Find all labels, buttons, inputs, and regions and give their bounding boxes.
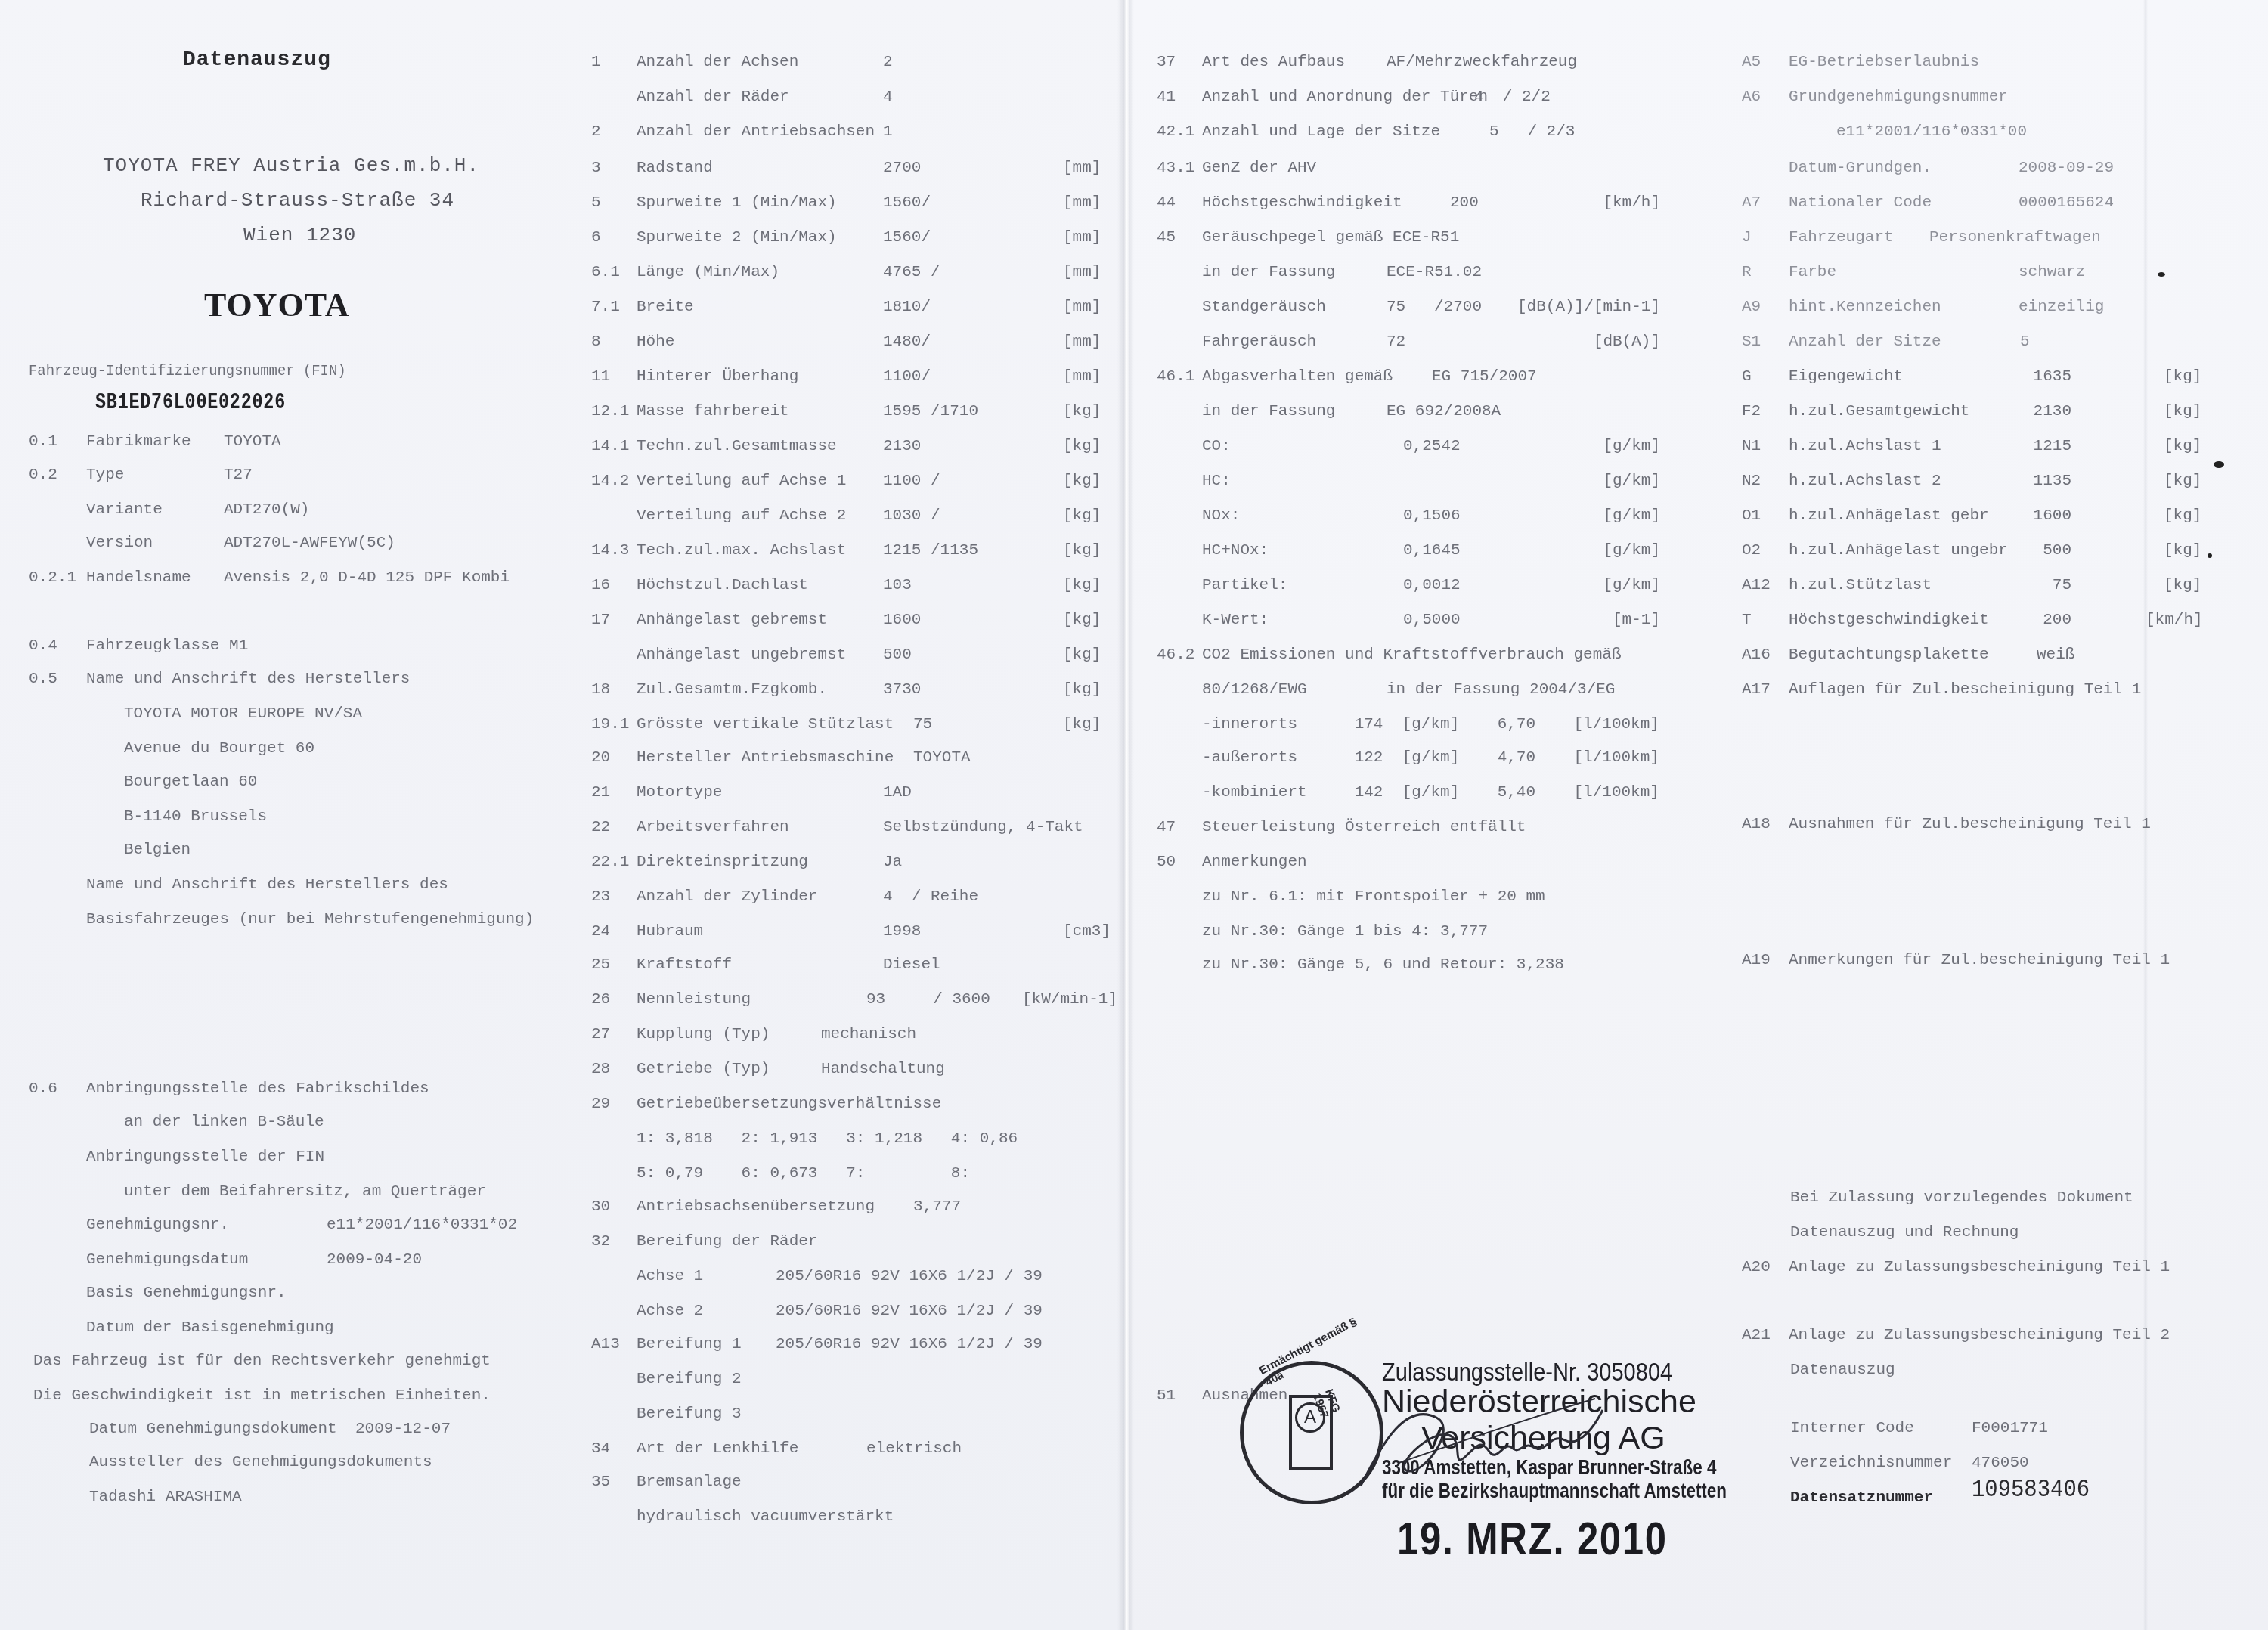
field-label: zu Nr. 6.1: mit Frontspoiler + 20 mm: [1202, 888, 1545, 907]
field-label: Kraftstoff: [637, 956, 732, 975]
field-label: Genehmigungsdatum: [86, 1250, 248, 1270]
field-unit: [g/km]: [1603, 507, 1660, 526]
field-label: Länge (Min/Max): [637, 263, 779, 283]
field-value: TOYOTA: [913, 748, 971, 768]
field-label: Getriebe (Typ): [637, 1060, 770, 1080]
field-value: Ja: [883, 853, 902, 872]
field-label: Fabrikmarke: [86, 432, 191, 452]
field-label: B-1140 Brussels: [124, 807, 267, 827]
date-stamp: 19. MRZ. 2010: [1397, 1512, 1668, 1566]
field-value: 2130: [883, 437, 921, 457]
field-value: Avensis 2,0 D-4D 125 DPF Kombi: [224, 569, 510, 588]
item-number: 43.1: [1157, 159, 1194, 178]
item-number: 16: [591, 576, 610, 596]
item-number: 0.5: [29, 670, 57, 689]
field-label: Tech.zul.max. Achslast: [637, 541, 846, 561]
field-label: Breite: [637, 298, 694, 318]
item-number: R: [1742, 263, 1752, 283]
item-number: 23: [591, 888, 610, 907]
austria-a-icon: A: [1295, 1402, 1325, 1433]
field-value: Handschaltung: [821, 1060, 945, 1080]
field-label: Datum Genehmigungsdokument: [89, 1420, 337, 1439]
field-value: 0000165624: [2019, 194, 2114, 213]
field-label: Motortype: [637, 783, 722, 803]
field-label: K-Wert:: [1202, 611, 1269, 631]
field-label: Bereifung der Räder: [637, 1232, 817, 1252]
field-label: Direkteinspritzung: [637, 853, 808, 872]
field-label: TOYOTA MOTOR EUROPE NV/SA: [124, 705, 362, 724]
field-value: in der Fassung 2004/3/EG: [1387, 680, 1615, 700]
field-label: Achse 2: [637, 1302, 703, 1322]
field-value: 2009-04-20: [327, 1250, 422, 1270]
field-label: h.zul.Achslast 1: [1789, 437, 1941, 457]
field-label: Datum-Grundgen.: [1789, 159, 1932, 178]
field-label: Höhe: [637, 333, 674, 352]
item-number: 47: [1157, 818, 1176, 838]
field-unit: [cm3]: [1063, 922, 1111, 942]
field-label: GenZ der AHV: [1202, 159, 1316, 178]
field-unit: [kg]: [1063, 715, 1101, 735]
item-number: 22: [591, 818, 610, 838]
field-value: 1560/: [883, 194, 931, 213]
item-number: 22.1: [591, 853, 629, 872]
item-number: 46.1: [1157, 367, 1194, 387]
field-value: 5 / 2/3: [1489, 122, 1575, 142]
field-value: schwarz: [2019, 263, 2085, 283]
field-value: e11*2001/116*0331*02: [327, 1216, 517, 1235]
item-number: A19: [1742, 951, 1771, 971]
field-label: 80/1268/EWG: [1202, 680, 1307, 700]
item-number: 21: [591, 783, 610, 803]
field-unit: [mm]: [1063, 159, 1101, 178]
field-value: 0,1506: [1403, 507, 1461, 526]
item-number: S1: [1742, 333, 1761, 352]
field-label: Nationaler Code: [1789, 194, 1932, 213]
item-number: O2: [1742, 541, 1761, 561]
item-number: 50: [1157, 853, 1176, 872]
field-label: EG-Betriebserlaubnis: [1789, 53, 1979, 73]
item-number: T: [1742, 611, 1752, 631]
field-label: Partikel:: [1202, 576, 1287, 596]
field-value: 200: [1450, 194, 1479, 213]
field-value: 0,5000: [1403, 611, 1461, 631]
item-number: 51: [1157, 1387, 1176, 1406]
field-value: 4 / 2/2: [1474, 88, 1551, 107]
field-label: Spurweite 1 (Min/Max): [637, 194, 837, 213]
brand-logo-text: TOYOTA: [204, 286, 350, 324]
field-value: weiß: [2037, 646, 2074, 665]
field-label: h.zul.Anhägelast ungebr: [1789, 541, 2008, 561]
field-label: Anbringungsstelle des Fabrikschildes: [86, 1080, 429, 1099]
field-value: EG 715/2007: [1432, 367, 1537, 387]
field-label: Anlage zu Zulassungsbescheinigung Teil 1: [1789, 1258, 2170, 1278]
item-number: A12: [1742, 576, 1771, 596]
field-label: Bourgetlaan 60: [124, 773, 257, 792]
field-label: Höchstgeschwindigkeit: [1202, 194, 1402, 213]
item-number: 5: [591, 194, 601, 213]
ink-smudge: [2208, 553, 2212, 558]
field-value: 75: [2053, 576, 2071, 596]
field-label: CO:: [1202, 437, 1231, 457]
field-unit: [kg]: [1063, 646, 1101, 665]
field-label: Steuerleistung Österreich entfällt: [1202, 818, 1526, 838]
field-value: 72: [1387, 333, 1405, 352]
field-label: Anmerkungen für Zul.bescheinigung Teil 1: [1789, 951, 2170, 971]
field-label: Version: [86, 534, 153, 553]
field-label: Masse fahrbereit: [637, 402, 789, 422]
item-number: A9: [1742, 298, 1761, 318]
field-unit: [g/km]: [1603, 576, 1660, 596]
registration-office-number: Zulassungsstelle-Nr. 3050804: [1382, 1358, 1672, 1387]
field-value: 3730: [883, 680, 921, 700]
field-unit: [dB(A)]/[min-1]: [1517, 298, 1660, 318]
field-label: Anzahl und Lage der Sitze: [1202, 122, 1440, 142]
directory-number-value: 476050: [1972, 1455, 2029, 1472]
field-unit: [mm]: [1063, 228, 1101, 248]
record-number-label: Datensatznummer: [1790, 1489, 1933, 1507]
field-unit: [mm]: [1063, 367, 1101, 387]
field-label: HC+NOx:: [1202, 541, 1269, 561]
item-number: 37: [1157, 53, 1176, 73]
item-number: A21: [1742, 1326, 1771, 1346]
field-label: Anbringungsstelle der FIN: [86, 1148, 324, 1167]
item-number: A17: [1742, 680, 1771, 700]
field-value: 1600: [883, 611, 921, 631]
field-label: Anlage zu Zulassungsbescheinigung Teil 2: [1789, 1326, 2170, 1346]
ink-smudge: [2214, 461, 2224, 468]
field-unit: [km/h]: [2146, 611, 2203, 631]
item-number: F2: [1742, 402, 1761, 422]
item-number: 45: [1157, 228, 1176, 248]
field-label: Grundgenehmigungsnummer: [1789, 88, 2008, 107]
field-value: 0,1645: [1403, 541, 1461, 561]
item-number: 6.1: [591, 263, 620, 283]
field-label: Das Fahrzeug ist für den Rechtsverkehr g…: [33, 1352, 491, 1371]
field-value: ECE-R51.02: [1387, 263, 1482, 283]
item-number: 8: [591, 333, 601, 352]
field-value: 2700: [883, 159, 921, 178]
field-label: Spurweite 2 (Min/Max): [637, 228, 837, 248]
field-unit: [kg]: [2164, 472, 2201, 491]
field-unit: [kg]: [1063, 437, 1101, 457]
item-number: 1: [591, 53, 601, 73]
field-label: Bereifung 3: [637, 1405, 742, 1424]
field-label: Höchstzul.Dachlast: [637, 576, 808, 596]
field-label: Bereifung 1: [637, 1335, 742, 1355]
field-unit: [kg]: [1063, 402, 1101, 422]
field-label: Basis Genehmigungsnr.: [86, 1284, 287, 1303]
field-label: Genehmigungsnr.: [86, 1216, 229, 1235]
field-label: Anzahl der Sitze: [1789, 333, 1941, 352]
fin-value: SB1ED76L00E022026: [95, 390, 286, 416]
field-label: Verteilung auf Achse 1: [637, 472, 846, 491]
field-label: Anzahl der Räder: [637, 88, 789, 107]
field-label: Radstand: [637, 159, 713, 178]
field-label: Anmerkungen: [1202, 853, 1307, 872]
ink-smudge: [2158, 272, 2165, 277]
internal-code-value: F0001771: [1972, 1420, 2048, 1437]
field-label: zu Nr.30: Gänge 5, 6 und Retour: 3,238: [1202, 956, 1564, 975]
field-label: 1: 3,818 2: 1,913 3: 1,218 4: 0,86: [637, 1130, 1018, 1149]
field-unit: [mm]: [1063, 263, 1101, 283]
field-label: HC:: [1202, 472, 1231, 491]
field-value: 1100 /: [883, 472, 940, 491]
field-unit: [g/km]: [1603, 472, 1660, 491]
item-number: 0.2: [29, 466, 57, 485]
item-number: 0.4: [29, 637, 57, 656]
field-label: Bereifung 2: [637, 1370, 742, 1390]
field-value: 1600: [2034, 507, 2071, 526]
field-label: -innerorts 174 [g/km] 6,70 [l/100km]: [1202, 715, 1659, 735]
field-label: Zul.Gesamtm.Fzgkomb.: [637, 680, 827, 700]
field-label: Auflagen für Zul.bescheinigung Teil 1: [1789, 680, 2141, 700]
field-label: Art der Lenkhilfe: [637, 1439, 798, 1459]
field-label: Name und Anschrift des Herstellers des: [86, 875, 448, 895]
item-number: 24: [591, 922, 610, 942]
item-number: 11: [591, 367, 610, 387]
item-number: A5: [1742, 53, 1761, 73]
field-label: Datenauszug: [1790, 1361, 1895, 1381]
field-value: 103: [883, 576, 912, 596]
field-value: 4 / Reihe: [883, 888, 978, 907]
field-label: Aussteller des Genehmigungsdokuments: [89, 1453, 432, 1473]
field-value: 500: [883, 646, 912, 665]
field-value: 1215 /1135: [883, 541, 978, 561]
field-label: Hubraum: [637, 922, 703, 942]
field-value: 2: [883, 53, 893, 73]
field-value: 1635: [2034, 367, 2071, 387]
seal-plate-icon: A: [1289, 1395, 1333, 1470]
item-number: 19.1: [591, 715, 629, 735]
field-unit: [m-1]: [1613, 611, 1660, 631]
field-label: Datum der Basisgenehmigung: [86, 1319, 334, 1338]
field-label: Grösste vertikale Stützlast: [637, 715, 894, 735]
field-label: Anhängelast ungebremst: [637, 646, 846, 665]
item-number: 17: [591, 611, 610, 631]
field-label: 5: 0,79 6: 0,673 7: 8:: [637, 1164, 970, 1184]
field-value: 3,777: [913, 1198, 961, 1217]
field-unit: [kg]: [2164, 507, 2201, 526]
field-label: Datenauszug und Rechnung: [1790, 1223, 2019, 1243]
field-label: Kupplung (Typ): [637, 1025, 770, 1045]
field-label: Bremsanlage: [637, 1473, 742, 1492]
item-number: A18: [1742, 815, 1771, 835]
field-label: Anzahl der Achsen: [637, 53, 798, 73]
field-value: Selbstzündung, 4-Takt: [883, 818, 1083, 838]
field-label: Achse 1: [637, 1267, 703, 1287]
field-label: Anzahl der Zylinder: [637, 888, 817, 907]
field-label: hint.Kennzeichen: [1789, 298, 1941, 318]
field-label: Standgeräusch: [1202, 298, 1326, 318]
field-value: Personenkraftwagen: [1929, 228, 2101, 248]
item-number: 34: [591, 1439, 610, 1459]
item-number: 32: [591, 1232, 610, 1252]
item-number: 3: [591, 159, 601, 178]
field-value: 0,0012: [1403, 576, 1461, 596]
item-number: 14.3: [591, 541, 629, 561]
field-value: 1030 /: [883, 507, 940, 526]
field-label: h.zul.Anhägelast gebr: [1789, 507, 1989, 526]
field-value: 2130: [2034, 402, 2071, 422]
item-number: 7.1: [591, 298, 620, 318]
item-number: 12.1: [591, 402, 629, 422]
item-number: 46.2: [1157, 646, 1194, 665]
field-label: Die Geschwindigkeit ist in metrischen Ei…: [33, 1387, 491, 1406]
item-number: 0.6: [29, 1080, 57, 1099]
item-number: 30: [591, 1198, 610, 1217]
item-number: 29: [591, 1095, 610, 1114]
item-number: 42.1: [1157, 122, 1194, 142]
field-value: 205/60R16 92V 16X6 1/2J / 39: [776, 1302, 1043, 1322]
field-label: Anzahl der Antriebsachsen: [637, 122, 875, 142]
item-number: A20: [1742, 1258, 1771, 1278]
field-unit: [dB(A)]: [1594, 333, 1660, 352]
field-label: h.zul.Achslast 2: [1789, 472, 1941, 491]
item-number: 44: [1157, 194, 1176, 213]
field-unit: [mm]: [1063, 194, 1101, 213]
field-unit: [kW/min-1]: [1022, 990, 1117, 1010]
field-label: Verteilung auf Achse 2: [637, 507, 846, 526]
field-value: 93 / 3600: [866, 990, 990, 1010]
item-number: 27: [591, 1025, 610, 1045]
field-value: 205/60R16 92V 16X6 1/2J / 39: [776, 1335, 1043, 1355]
field-label: Handelsname: [86, 569, 191, 588]
field-label: Type: [86, 466, 124, 485]
field-label: in der Fassung: [1202, 402, 1335, 422]
item-number: 28: [591, 1060, 610, 1080]
field-value: ADT270L-AWFEYW(5C): [224, 534, 395, 553]
field-label: -kombiniert 142 [g/km] 5,40 [l/100km]: [1202, 783, 1659, 803]
field-value: 205/60R16 92V 16X6 1/2J / 39: [776, 1267, 1043, 1287]
directory-number-label: Verzeichnisnummer: [1790, 1455, 1952, 1472]
field-label: Art des Aufbaus: [1202, 53, 1345, 73]
field-label: e11*2001/116*0331*00: [1789, 122, 2027, 142]
item-number: 14.1: [591, 437, 629, 457]
field-label: Name und Anschrift des Herstellers: [86, 670, 410, 689]
field-label: Getriebeübersetzungsverhältnisse: [637, 1095, 941, 1114]
field-label: Fahrzeugklasse M1: [86, 637, 248, 656]
item-number: 14.2: [591, 472, 629, 491]
field-unit: [kg]: [1063, 680, 1101, 700]
field-label: Fahrzeugart: [1789, 228, 1894, 248]
field-label: an der linken B-Säule: [124, 1113, 324, 1133]
field-value: AF/Mehrzweckfahrzeug: [1387, 53, 1577, 73]
field-value: 1998: [883, 922, 921, 942]
field-value: 75: [913, 715, 932, 735]
field-unit: [g/km]: [1603, 437, 1660, 457]
field-unit: [kg]: [2164, 541, 2201, 561]
field-value: 1100/: [883, 367, 931, 387]
field-unit: [kg]: [1063, 541, 1101, 561]
field-value: 1215: [2034, 437, 2071, 457]
field-label: Hinterer Überhang: [637, 367, 798, 387]
field-value: ADT270(W): [224, 500, 309, 520]
field-label: Basisfahrzeuges (nur bei Mehrstufengeneh…: [86, 910, 534, 930]
field-unit: [kg]: [2164, 402, 2201, 422]
field-value: EG 692/2008A: [1387, 402, 1501, 422]
field-unit: [km/h]: [1603, 194, 1660, 213]
field-value: 75 /2700: [1387, 298, 1482, 318]
signature-icon: [1353, 1395, 1603, 1493]
item-number: A7: [1742, 194, 1761, 213]
field-value: 2008-09-29: [2019, 159, 2114, 178]
field-label: Avenue du Bourget 60: [124, 739, 314, 759]
field-label: in der Fassung: [1202, 263, 1335, 283]
record-number-value: 109583406: [1972, 1476, 2090, 1504]
field-label: Geräuschpegel gemäß ECE-R51: [1202, 228, 1459, 248]
field-label: zu Nr.30: Gänge 1 bis 4: 3,777: [1202, 922, 1488, 942]
page-fold: [1117, 0, 1134, 1630]
field-value: 5: [2020, 333, 2030, 352]
field-value: 1AD: [883, 783, 912, 803]
item-number: 0.2.1: [29, 569, 76, 588]
field-label: Variante: [86, 500, 163, 520]
field-label: -außerorts 122 [g/km] 4,70 [l/100km]: [1202, 748, 1659, 768]
item-number: A6: [1742, 88, 1761, 107]
field-label: NOx:: [1202, 507, 1240, 526]
field-label: Hersteller Antriebsmaschine: [637, 748, 894, 768]
field-label: Arbeitsverfahren: [637, 818, 789, 838]
field-label: h.zul.Gesamtgewicht: [1789, 402, 1969, 422]
field-unit: [kg]: [2164, 437, 2201, 457]
field-label: Antriebsachsenübersetzung: [637, 1198, 875, 1217]
field-unit: [g/km]: [1603, 541, 1660, 561]
field-value: 1810/: [883, 298, 931, 318]
item-number: O1: [1742, 507, 1761, 526]
field-value: 2009-12-07: [355, 1420, 451, 1439]
field-label: Begutachtungsplakette: [1789, 646, 1989, 665]
field-value: TOYOTA: [224, 432, 281, 452]
item-number: 2: [591, 122, 601, 142]
field-label: Fahrgeräusch: [1202, 333, 1316, 352]
item-number: J: [1742, 228, 1752, 248]
item-number: 35: [591, 1473, 610, 1492]
field-value: 1560/: [883, 228, 931, 248]
internal-code-label: Interner Code: [1790, 1420, 1914, 1437]
field-value: einzeilig: [2019, 298, 2104, 318]
field-unit: [mm]: [1063, 298, 1101, 318]
field-unit: [mm]: [1063, 333, 1101, 352]
field-value: 1595 /1710: [883, 402, 978, 422]
field-value: 1480/: [883, 333, 931, 352]
field-unit: [kg]: [2164, 367, 2201, 387]
field-label: Anhängelast gebremst: [637, 611, 827, 631]
item-number: A16: [1742, 646, 1771, 665]
field-unit: [kg]: [1063, 576, 1101, 596]
field-value: mechanisch: [821, 1025, 916, 1045]
item-number: N2: [1742, 472, 1761, 491]
field-unit: [kg]: [1063, 507, 1101, 526]
field-label: hydraulisch vacuumverstärkt: [637, 1508, 894, 1527]
field-label: Belgien: [124, 841, 191, 860]
field-unit: [kg]: [1063, 472, 1101, 491]
fin-label: Fahrzeug-Identifizierungsnummer (FIN): [29, 363, 346, 380]
item-number: G: [1742, 367, 1752, 387]
field-label: Nennleistung: [637, 990, 751, 1010]
field-value: 1135: [2034, 472, 2071, 491]
field-value: Diesel: [883, 956, 940, 975]
field-label: Abgasverhalten gemäß: [1202, 367, 1393, 387]
field-value: 4765 /: [883, 263, 940, 283]
field-label: Höchstgeschwindigkeit: [1789, 611, 1989, 631]
field-value: 4: [883, 88, 893, 107]
field-value: 0,2542: [1403, 437, 1461, 457]
field-label: Anzahl und Anordnung der Türen: [1202, 88, 1488, 107]
item-number: N1: [1742, 437, 1761, 457]
field-value: elektrisch: [866, 1439, 962, 1459]
field-label: Eigengewicht: [1789, 367, 1903, 387]
field-unit: [kg]: [1063, 611, 1101, 631]
